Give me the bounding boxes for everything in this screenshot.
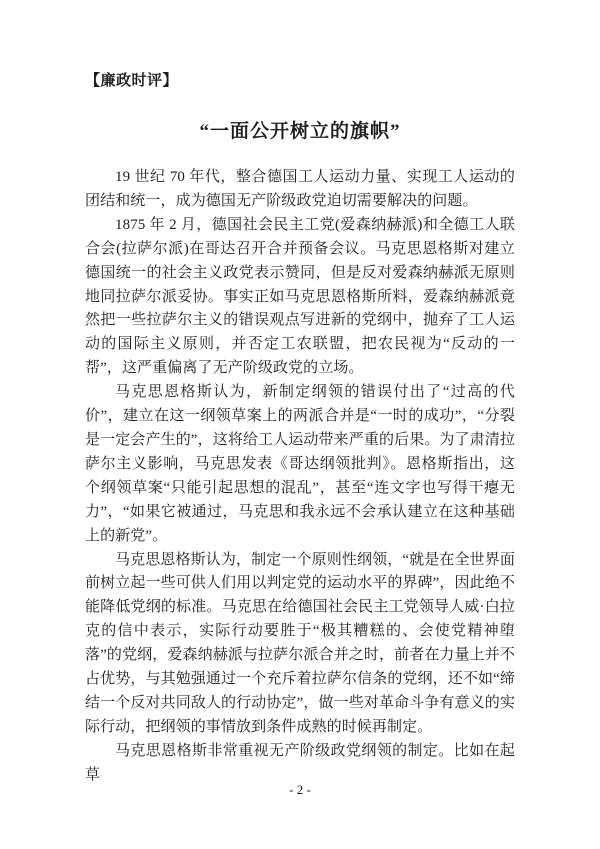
document-page: 【廉政时评】 “一面公开树立的旗帜” 19 世纪 70 年代，整合德国工人运动力… xyxy=(0,0,600,849)
paragraph: 马克思恩格斯非常重视无产阶级政党纲领的制定。比如在起草 xyxy=(85,740,515,788)
column-header: 【廉政时评】 xyxy=(85,71,515,92)
paragraph: 19 世纪 70 年代，整合德国工人运动力量、实现工人运动的团结和统一，成为德国… xyxy=(85,166,515,214)
paragraph: 马克思恩格斯认为，新制定纲领的错误付出了“过高的代价”，建立在这一纲领草案上的两… xyxy=(85,381,515,548)
article-title: “一面公开树立的旗帜” xyxy=(85,118,515,146)
article-body: 19 世纪 70 年代，整合德国工人运动力量、实现工人运动的团结和统一，成为德国… xyxy=(85,166,515,788)
page-number: - 2 - xyxy=(0,782,600,798)
page-content: 【廉政时评】 “一面公开树立的旗帜” 19 世纪 70 年代，整合德国工人运动力… xyxy=(0,71,600,788)
paragraph: 1875 年 2 月，德国社会民主工党(爱森纳赫派)和全德工人联合会(拉萨尔派)… xyxy=(85,214,515,381)
paragraph: 马克思恩格斯认为，制定一个原则性纲领，“就是在全世界面前树立起一些可供人们用以判… xyxy=(85,549,515,740)
